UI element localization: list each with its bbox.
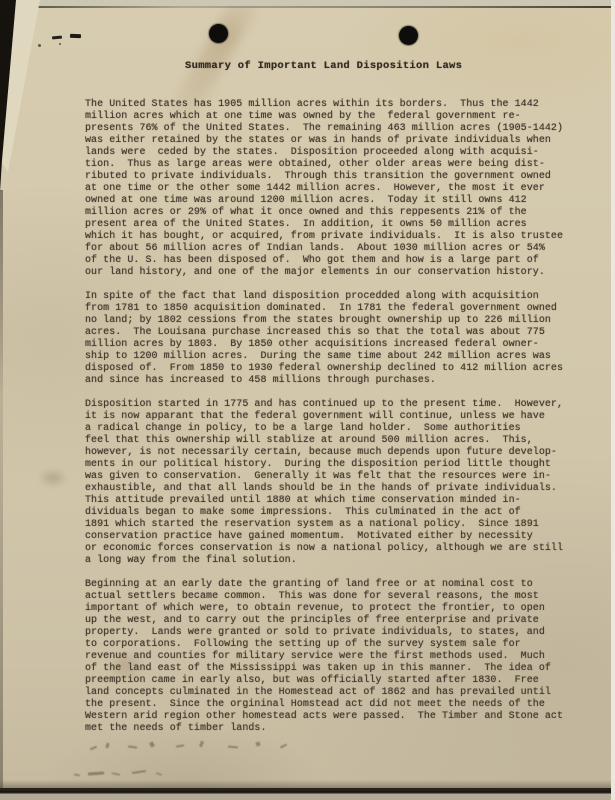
pencil-dot-mark bbox=[59, 43, 61, 45]
punch-hole-right bbox=[399, 26, 418, 45]
pencil-scribble bbox=[88, 740, 298, 754]
page-bottom-shadow bbox=[0, 780, 615, 788]
scan-left-edge-shadow bbox=[0, 190, 3, 788]
paragraph-1: The United States has 1905 million acres… bbox=[85, 99, 590, 279]
scan-bottom-background bbox=[0, 794, 615, 800]
pencil-dot-mark bbox=[38, 44, 41, 47]
pencil-smudge bbox=[38, 468, 68, 488]
scanned-page: Summary of Important Land Disposition La… bbox=[0, 0, 615, 800]
scan-right-edge bbox=[611, 0, 615, 800]
document-title: Summary of Important Land Disposition La… bbox=[85, 60, 590, 73]
pencil-scribble bbox=[74, 768, 184, 780]
paragraph-2: In spite of the fact that land dispositi… bbox=[85, 291, 590, 387]
paragraph-3: Disposition started in 1775 and has cont… bbox=[85, 399, 590, 567]
page-top-edge-line bbox=[0, 6, 615, 8]
document-body: Summary of Important Land Disposition La… bbox=[85, 60, 590, 747]
pencil-dash-mark bbox=[70, 34, 81, 38]
paragraph-4: Beginning at an early date the granting … bbox=[85, 579, 590, 735]
punch-hole-left bbox=[209, 24, 228, 43]
